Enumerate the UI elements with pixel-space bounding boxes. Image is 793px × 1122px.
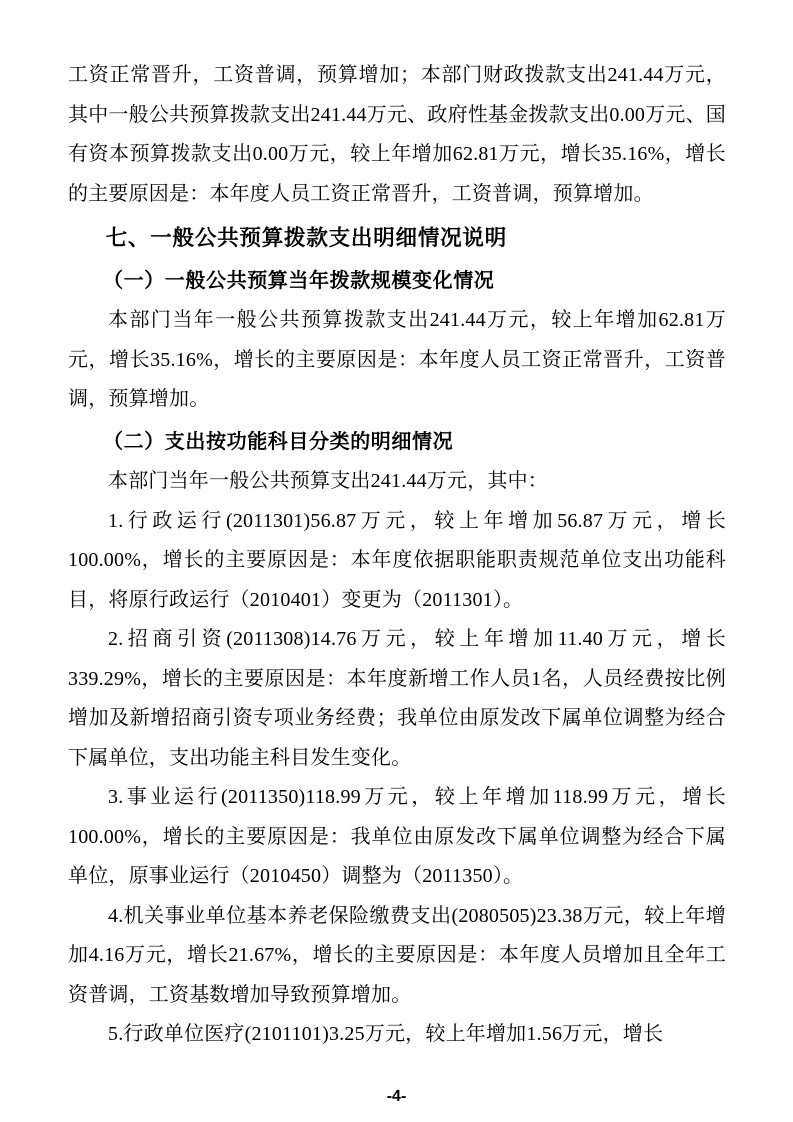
body-paragraph: 2.招商引资(2011308)14.76万元，较上年增加11.40万元，增长33…	[68, 620, 726, 778]
subsection-heading: （二）支出按功能科目分类的明细情况	[68, 423, 726, 463]
body-paragraph: 工资正常晋升，工资普调，预算增加；本部门财政拨款支出241.44万元，其中一般公…	[68, 56, 726, 214]
subsection-heading: （一）一般公共预算当年拨款规模变化情况	[68, 262, 726, 302]
section-heading: 七、一般公共预算拨款支出明细情况说明	[68, 219, 726, 259]
body-paragraph: 本部门当年一般公共预算支出241.44万元，其中：	[68, 462, 726, 502]
body-paragraph: 3.事业运行(2011350)118.99万元，较上年增加118.99万元，增长…	[68, 778, 726, 897]
page-number: -4-	[0, 1088, 793, 1106]
body-paragraph: 4.机关事业单位基本养老保险缴费支出(2080505)23.38万元，较上年增加…	[68, 897, 726, 1016]
body-paragraph: 5.行政单位医疗(2101101)3.25万元，较上年增加1.56万元，增长	[68, 1015, 726, 1055]
body-paragraph: 本部门当年一般公共预算拨款支出241.44万元，较上年增加62.81万元，增长3…	[68, 301, 726, 420]
body-paragraph: 1.行政运行(2011301)56.87万元，较上年增加56.87万元，增长10…	[68, 502, 726, 621]
document-page: 工资正常晋升，工资普调，预算增加；本部门财政拨款支出241.44万元，其中一般公…	[0, 0, 793, 1122]
document-content: 工资正常晋升，工资普调，预算增加；本部门财政拨款支出241.44万元，其中一般公…	[68, 56, 726, 1055]
